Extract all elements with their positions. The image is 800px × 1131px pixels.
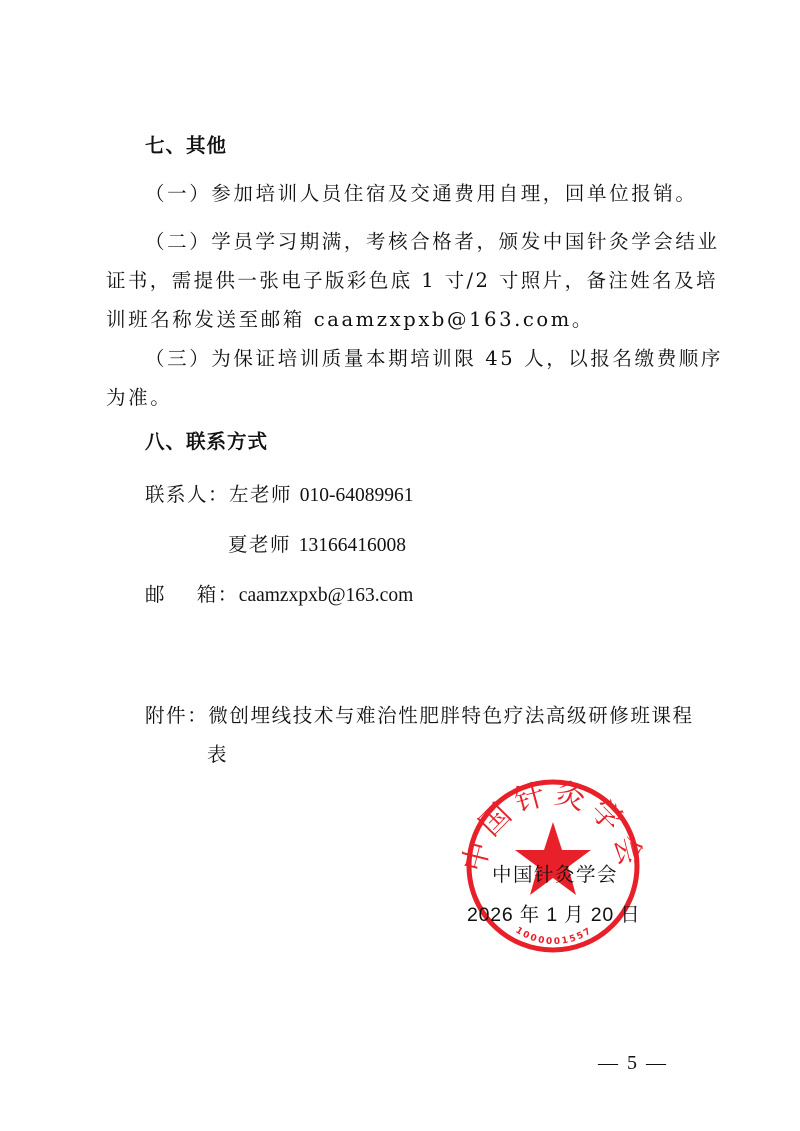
- contact-phone-2: 13166416008: [299, 535, 406, 556]
- svg-text:中国针灸学会: 中国针灸学会: [462, 778, 644, 875]
- section-heading-other: 七、其他: [145, 133, 227, 159]
- section-heading-contact: 八、联系方式: [145, 429, 268, 455]
- contact-row-2: 夏老师 13166416008: [228, 532, 406, 559]
- signature-date: 2026 年 1 月 20 日: [467, 902, 641, 928]
- attachment-label: 附件：: [145, 704, 208, 727]
- contact-name-1: 左老师: [229, 483, 292, 506]
- contact-name-2: 夏老师: [228, 533, 291, 556]
- paragraph-item-2-line-2: 证书，需提供一张电子版彩色底 1 寸/2 寸照片，备注姓名及培: [106, 268, 718, 294]
- attachment-title: 微创埋线技术与难治性肥胖特色疗法高级研修班课程: [208, 704, 693, 727]
- paragraph-item-3-line-2: 为准。: [106, 385, 172, 411]
- contact-phone-1: 010-64089961: [300, 485, 414, 506]
- paragraph-item-1-line-1: （一）参加培训人员住宿及交通费用自理，回单位报销。: [145, 181, 698, 207]
- attachment-line-2: 表: [207, 742, 229, 768]
- page-number: — 5 —: [598, 1050, 668, 1076]
- email-row: 邮 箱：caamzxpxb@163.com: [145, 582, 413, 609]
- paragraph-item-2-line-1: （二）学员学习期满，考核合格者，颁发中国针灸学会结业: [145, 229, 720, 255]
- paragraph-item-3-line-1: （三）为保证培训质量本期培训限 45 人，以报名缴费顺序: [145, 346, 723, 372]
- stamp-serial-number: 1000001557: [514, 926, 595, 948]
- email-address: caamzxpxb@163.com: [239, 585, 413, 606]
- svg-text:1000001557: 1000001557: [514, 926, 595, 948]
- document-page: 七、其他 （一）参加培训人员住宿及交通费用自理，回单位报销。 （二）学员学习期满…: [0, 0, 800, 1131]
- attachment-line-1: 附件：微创埋线技术与难治性肥胖特色疗法高级研修班课程: [145, 703, 694, 729]
- stamp-arc-text: 中国针灸学会: [462, 778, 644, 875]
- email-label: 邮 箱：: [145, 583, 239, 606]
- signature-organization: 中国针灸学会: [492, 862, 618, 888]
- contacts-label: 联系人：: [145, 483, 229, 506]
- paragraph-item-2-line-3: 训班名称发送至邮箱 caamzxpxb@163.com。: [106, 307, 594, 333]
- contact-row-1: 联系人：左老师 010-64089961: [145, 482, 413, 509]
